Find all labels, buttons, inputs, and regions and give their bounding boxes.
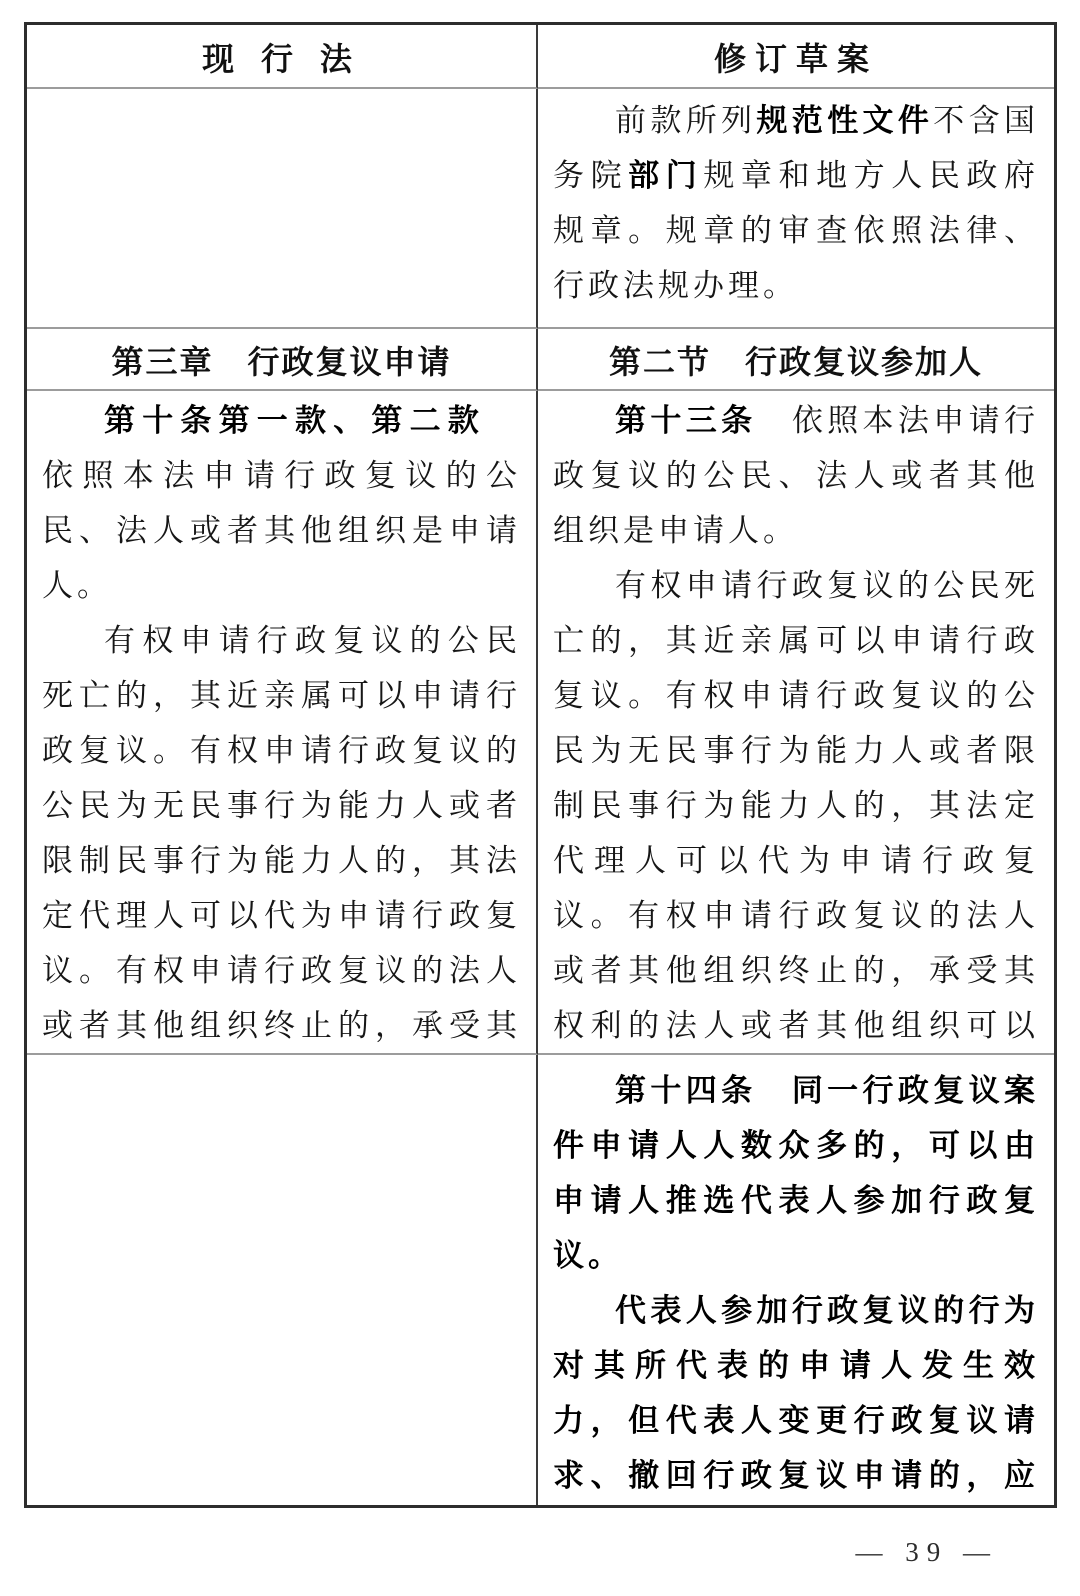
cell-current-law-empty-top <box>27 89 538 329</box>
paragraph: 第十三条 依照本法申请行政复议的公民、法人或者其他组织是申请人。 <box>553 393 1039 558</box>
paragraph: 第十条第一款、第二款 依照本法申请行政复议的公民、法人或者其他组织是申请人。 <box>42 393 521 613</box>
header-label-revision-draft: 修订草案 <box>714 34 878 80</box>
document-page: 现 行 法 修订草案 前款所列规范性文件不含国务院部门规章和地方人民政府规章。规… <box>0 0 1080 1596</box>
page-number: — 39 — <box>856 1537 999 1568</box>
cell-article-10: 第十条第一款、第二款 依照本法申请行政复议的公民、法人或者其他组织是申请人。 有… <box>27 391 538 1055</box>
cell-current-law-empty-bottom <box>27 1055 538 1505</box>
cell-chapter-heading-current: 第三章 行政复议申请 <box>27 329 538 391</box>
cell-section-heading-revision: 第二节 行政复议参加人 <box>538 329 1054 391</box>
paragraph: 第十四条 同一行政复议案件申请人人数众多的，可以由申请人推选代表人参加行政复议。 <box>553 1063 1039 1283</box>
header-label-current-law: 现 行 法 <box>202 34 361 80</box>
chapter-heading-label: 第三章 行政复议申请 <box>111 337 451 383</box>
header-cell-revision-draft: 修订草案 <box>538 25 1054 89</box>
paragraph: 前款所列规范性文件不含国务院部门规章和地方人民政府规章。规章的审查依照法律、行政… <box>553 93 1039 313</box>
paragraph: 有权申请行政复议的公民死亡的，其近亲属可以申请行政复议。有权申请行政复议的公民为… <box>42 613 521 1055</box>
paragraph: 代表人参加行政复议的行为对其所代表的申请人发生效力，但代表人变更行政复议请求、撤… <box>553 1283 1039 1505</box>
cell-regulatory-note: 前款所列规范性文件不含国务院部门规章和地方人民政府规章。规章的审查依照法律、行政… <box>538 89 1054 329</box>
law-comparison-table: 现 行 法 修订草案 前款所列规范性文件不含国务院部门规章和地方人民政府规章。规… <box>24 22 1057 1508</box>
cell-article-14: 第十四条 同一行政复议案件申请人人数众多的，可以由申请人推选代表人参加行政复议。… <box>538 1055 1054 1505</box>
section-heading-label: 第二节 行政复议参加人 <box>609 337 983 383</box>
cell-article-13: 第十三条 依照本法申请行政复议的公民、法人或者其他组织是申请人。 有权申请行政复… <box>538 391 1054 1055</box>
paragraph: 有权申请行政复议的公民死亡的，其近亲属可以申请行政复议。有权申请行政复议的公民为… <box>553 558 1039 1055</box>
header-cell-current-law: 现 行 法 <box>27 25 538 89</box>
